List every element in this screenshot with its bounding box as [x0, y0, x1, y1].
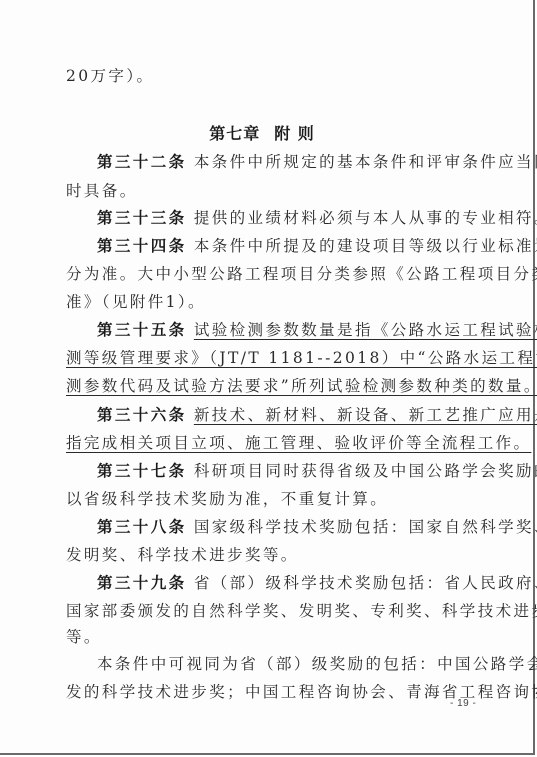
article-label: 第三十五条: [97, 320, 187, 339]
article-35-cont-2: 测参数代码及试验方法要求”所列试验检测参数种类的数量。: [66, 376, 537, 396]
article-32-cont: 时具备。: [66, 181, 138, 201]
article-text: 提供的业绩材料必须与本人从事的专业相符。: [194, 209, 537, 227]
article-label: 第三十六条: [97, 405, 187, 424]
article-text: 本条件中所规定的基本条件和评审条件应当同: [194, 153, 537, 171]
article-label: 第三十九条: [97, 573, 187, 592]
article-label: 第三十七条: [97, 461, 187, 480]
article-text: 国家级科学技术奖励包括：国家自然科学奖、: [194, 518, 537, 536]
article-34-cont-1: 分为准。大中小型公路工程项目分类参照《公路工程项目分类标: [66, 264, 537, 284]
article-36-cont: 指完成相关项目立项、施工管理、验收评价等全流程工作。: [66, 433, 531, 453]
article-label: 第三十八条: [97, 517, 187, 536]
closing-paragraph: 本条件中可视同为省（部）级奖励的包括：中国公路学会颁: [97, 654, 537, 674]
article-34: 第三十四条 本条件中所提及的建设项目等级以行业标准划: [97, 236, 537, 256]
article-text: 省（部）级科学技术奖励包括：省人民政府、: [194, 574, 537, 592]
article-text: 新技术、新材料、新设备、新工艺推广应用是: [194, 406, 537, 424]
chapter-title: 第七章附 则: [66, 121, 458, 144]
article-37-cont: 以省级科学技术奖励为准，不重复计算。: [66, 489, 388, 509]
article-38: 第三十八条 国家级科学技术奖励包括：国家自然科学奖、: [97, 517, 537, 537]
continuation-line: 20万字）。: [66, 66, 154, 86]
chapter-number: 第七章: [209, 124, 260, 143]
chapter-name: 附 则: [274, 124, 315, 143]
article-label: 第三十三条: [97, 208, 187, 227]
article-35-cont-1: 测等级管理要求》（JT/T 1181--2018）中“公路水运工程试验检: [66, 348, 537, 368]
article-39-cont-2: 等。: [66, 627, 102, 647]
article-text: 本条件中所提及的建设项目等级以行业标准划: [194, 237, 537, 255]
article-label: 第三十二条: [97, 152, 187, 171]
article-39-cont-1: 国家部委颁发的自然科学奖、发明奖、专利奖、科学技术进步奖: [66, 601, 537, 621]
article-39: 第三十九条 省（部）级科学技术奖励包括：省人民政府、: [97, 573, 537, 593]
article-38-cont: 发明奖、科学技术进步奖等。: [66, 545, 299, 565]
article-37: 第三十七条 科研项目同时获得省级及中国公路学会奖励的，: [97, 461, 537, 481]
article-36: 第三十六条 新技术、新材料、新设备、新工艺推广应用是: [97, 405, 537, 425]
article-text: 试验检测参数数量是指《公路水运工程试验检: [194, 321, 537, 339]
article-35: 第三十五条 试验检测参数数量是指《公路水运工程试验检: [97, 320, 537, 340]
article-33: 第三十三条 提供的业绩材料必须与本人从事的专业相符。: [97, 208, 537, 228]
article-label: 第三十四条: [97, 236, 187, 255]
article-34-cont-2: 准》（见附件1）。: [66, 292, 206, 312]
article-text: 科研项目同时获得省级及中国公路学会奖励的，: [194, 462, 537, 480]
document-page: 20万字）。 第七章附 则 第三十二条 本条件中所规定的基本条件和评审条件应当同…: [0, 0, 535, 755]
article-32: 第三十二条 本条件中所规定的基本条件和评审条件应当同: [97, 152, 537, 172]
page-number: - 19 -: [450, 698, 476, 709]
